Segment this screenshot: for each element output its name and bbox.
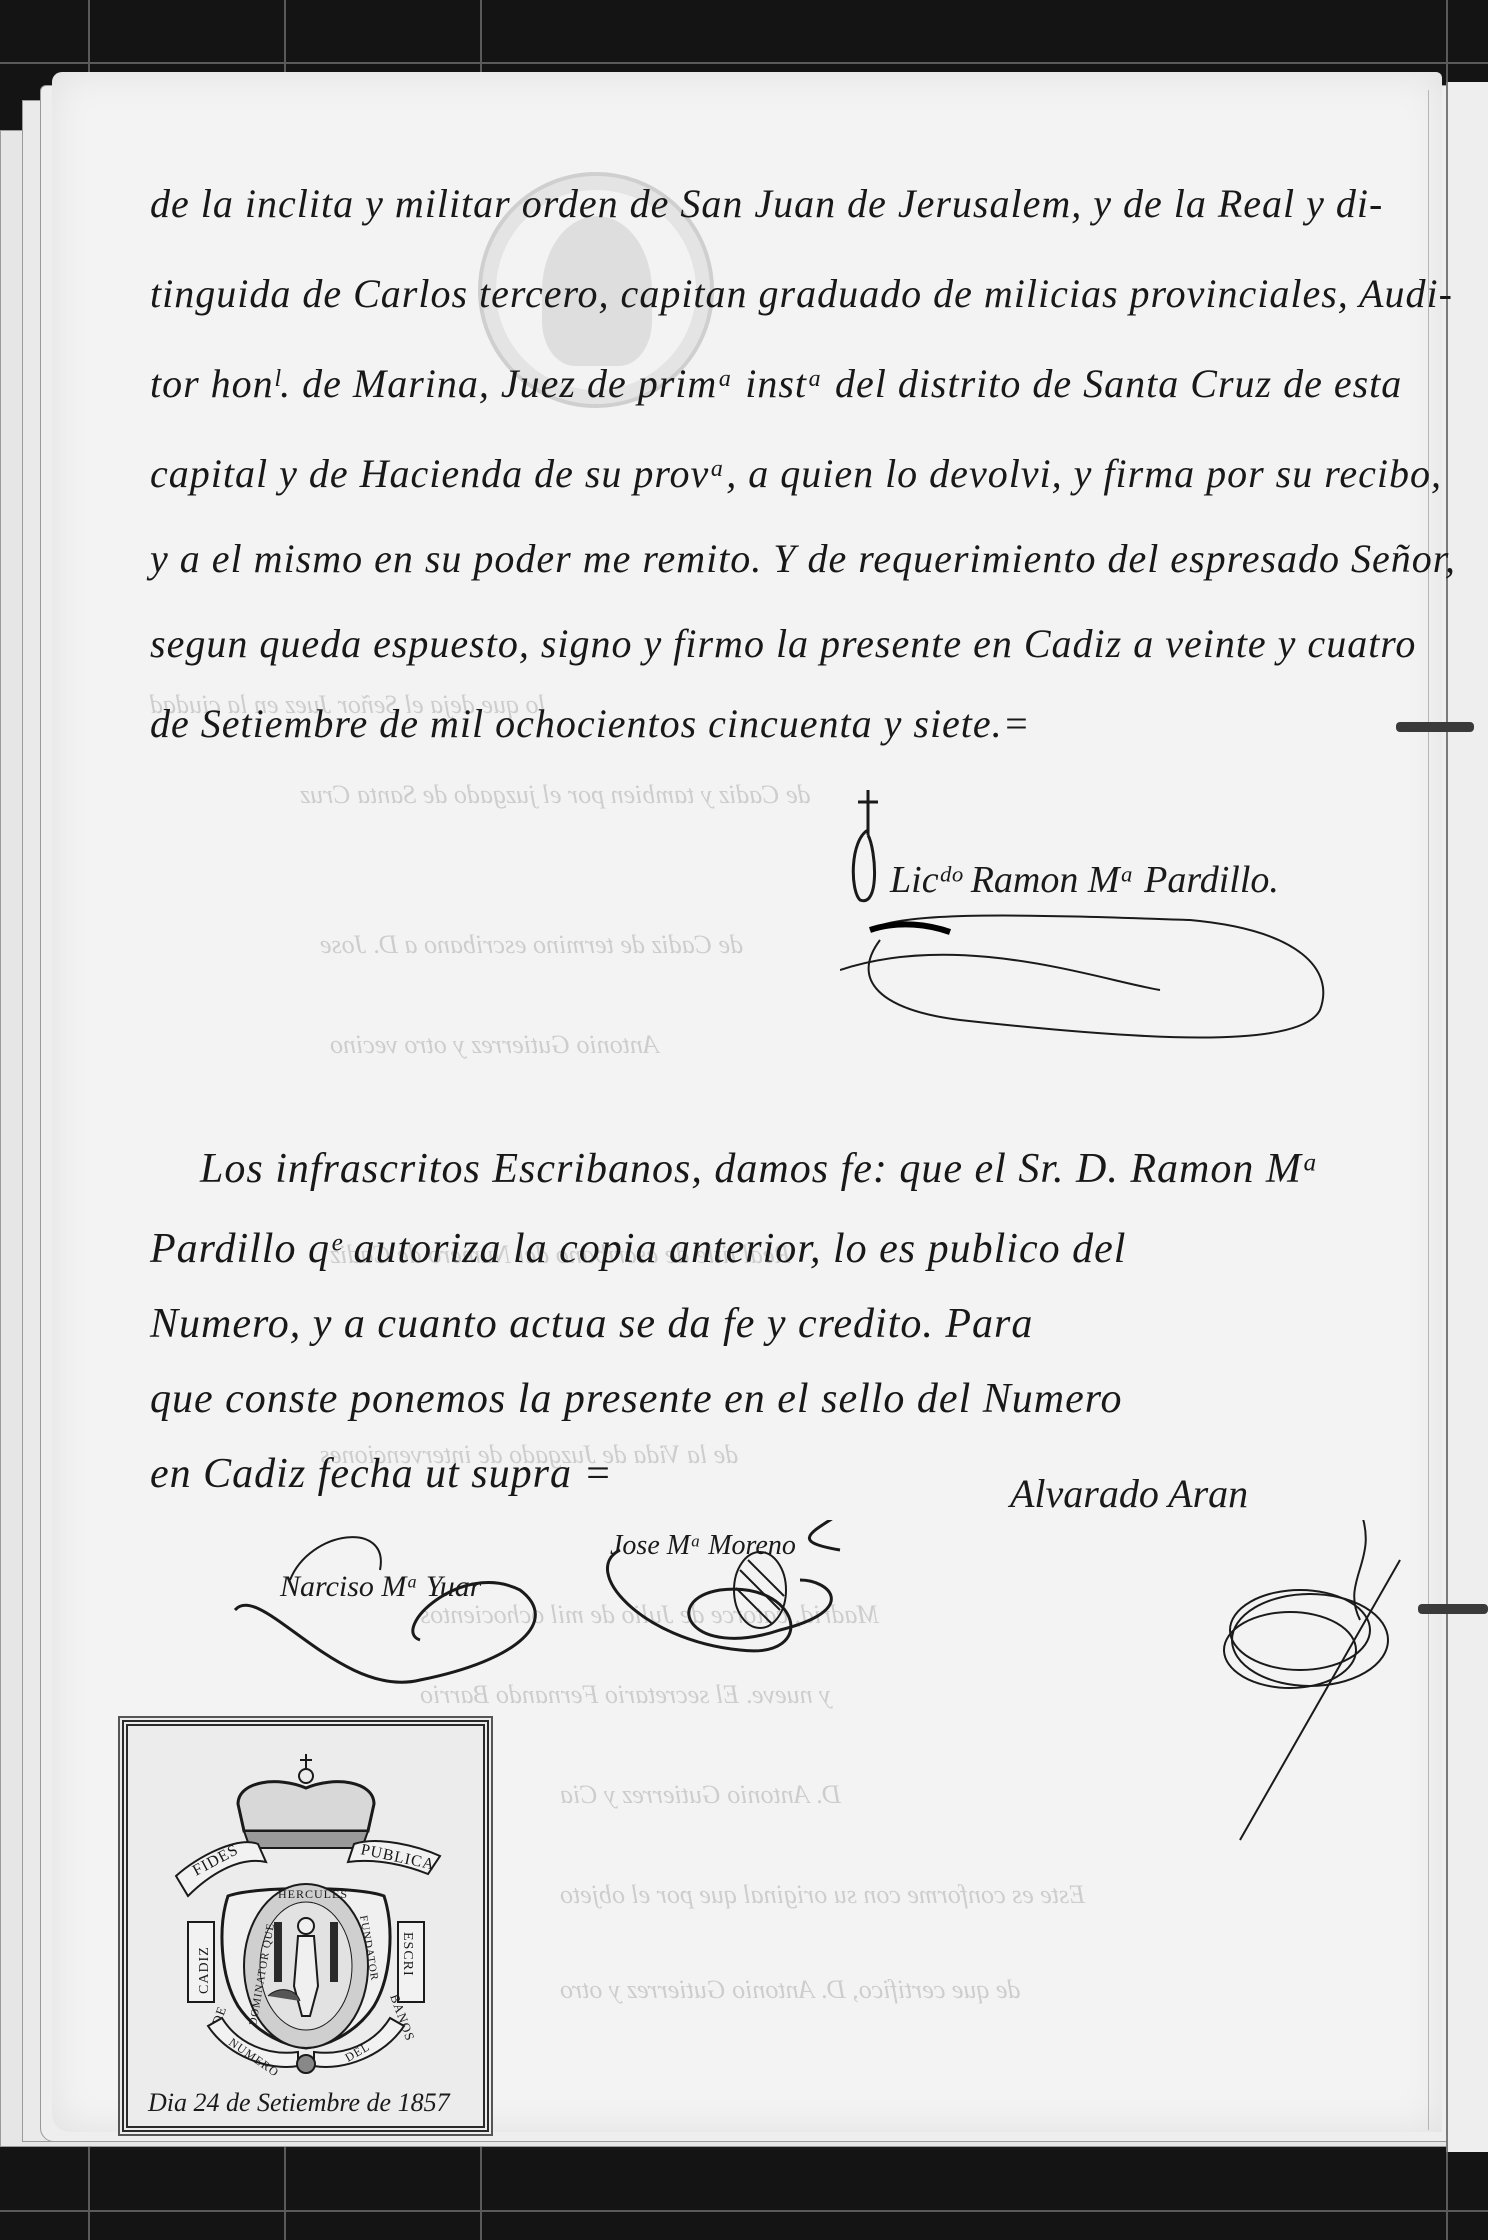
notary-sign-flourish [840,780,1360,1060]
text-line-3: tor honˡ. de Marina, Juez de primᵃ instᵃ… [150,360,1402,407]
fides-publica-stamp: FIDES PUBLICA HERCULES DOMINATOR QUE FUN… [122,1720,489,2132]
legal-line-5: en Cadiz fecha ut supra = [150,1450,613,1498]
legal-line-3: Numero, y a cuanto actua se da fe y cred… [150,1300,1033,1348]
signature-right: Alvarado Aran [1010,1470,1248,1517]
legal-line-2: Pardillo qᵉ autoriza la copia anterior, … [150,1225,1126,1273]
notary-signature: Licᵈᵒ Ramon Mᵃ Pardillo. [890,858,1279,902]
text-line-2: tinguida de Carlos tercero, capitan grad… [150,270,1453,317]
bleed-through-text: Este es conforme con su original que por… [560,1880,1085,1910]
oval-text-hercules: HERCULES [278,1887,348,1901]
text-line-6: segun queda espuesto, signo y firmo la p… [150,620,1416,667]
signature-left: Narciso Mᵃ Yuar [280,1570,481,1604]
bleed-through-text: Antonio Gutierrez y otro vecino [330,1030,659,1060]
stamp-date: Dia 24 de Setiembre de 1857 [148,2088,450,2118]
background-grid-line [0,62,1488,64]
bleed-through-text: de que certifico, D. Antonio Gutierrez y… [560,1975,1020,2005]
legal-line-4: que conste ponemos la presente en el sel… [150,1375,1123,1423]
ribbon-escri: ESCRI [400,1932,415,1977]
background-grid-line [0,2210,1488,2212]
bleed-through-text: de Cadiz de termino escribano a D. Jose [320,930,743,960]
coat-of-arms: FIDES PUBLICA HERCULES DOMINATOR QUE FUN… [128,1726,483,2086]
text-line-4: capital y de Hacienda de su provᵃ, a qui… [150,450,1442,497]
bleed-through-text: de Cadiz y tambien por el juzgado de San… [300,780,811,810]
text-line-1: de la inclita y militar orden de San Jua… [150,180,1383,227]
legal-line-1: Los infrascritos Escribanos, damos fe: q… [200,1145,1320,1193]
ribbon-cadiz: CADIZ [197,1946,212,1994]
signature-center: Jose Mᵃ Moreno [610,1530,796,1562]
text-line-5: y a el mismo en su poder me remito. Y de… [150,535,1456,582]
binding-thread [1396,722,1474,732]
text-line-7: de Setiembre de mil ochocientos cincuent… [150,700,1031,747]
